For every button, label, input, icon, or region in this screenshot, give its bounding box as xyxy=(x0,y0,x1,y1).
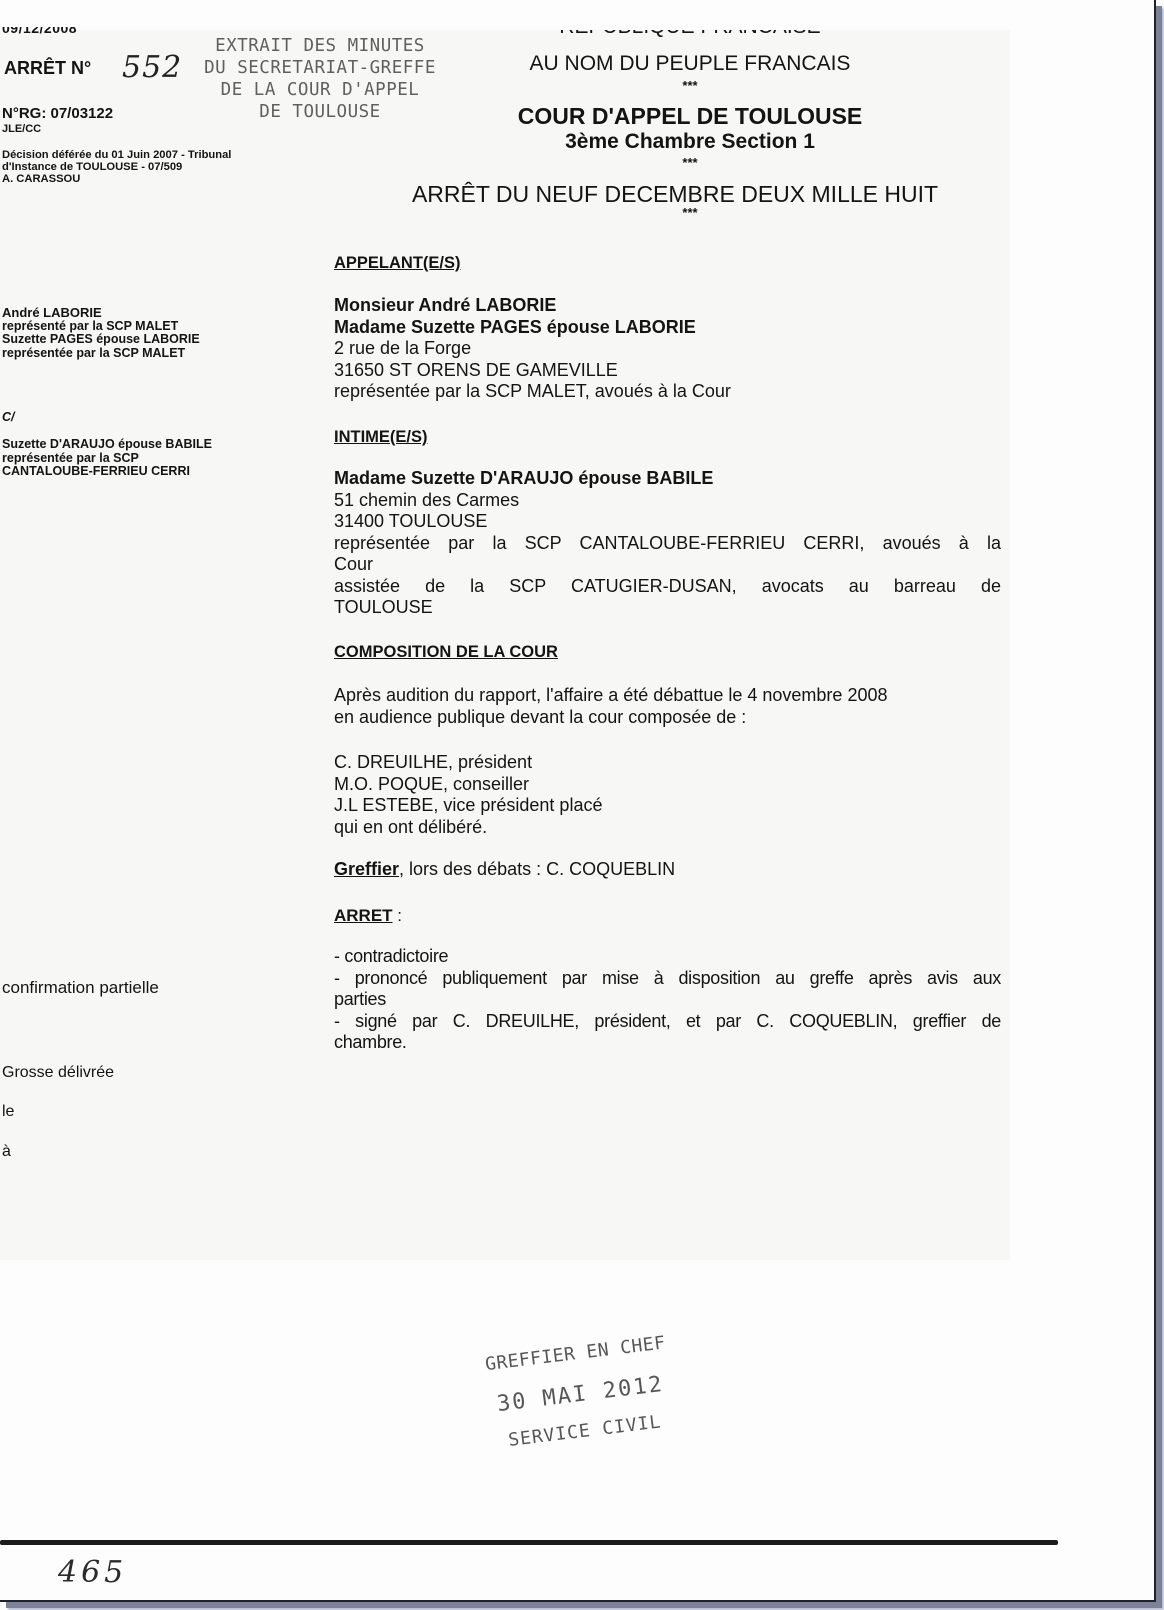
extrait-stamp: EXTRAIT DES MINUTES DU SECRETARIAT-GREFF… xyxy=(180,35,460,123)
footer-rule xyxy=(0,1540,1058,1545)
greffier-line: Greffier, lors des débats : C. COQUEBLIN xyxy=(334,859,675,881)
greffier-stamp: GREFFIER EN CHEF 30 MAI 2012 SERVICE CIV… xyxy=(455,1329,705,1457)
folio-number: 465 xyxy=(58,1555,127,1590)
arret-date-heading: ARRÊT DU NEUF DECEMBRE DEUX MILLE HUIT xyxy=(360,181,990,208)
appellants-summary: André LABORIE représenté par la SCP MALE… xyxy=(2,306,200,360)
grosse-date-label: le xyxy=(2,1103,14,1121)
document-page: 09/12/2008 ARRÊT N° 552 N°RG: 07/03122 J… xyxy=(0,0,1156,1602)
arret-number-label: ARRÊT N° xyxy=(4,58,91,79)
grosse-delivered: Grosse délivrée xyxy=(2,1064,114,1082)
intime-heading: INTIME(E/S) xyxy=(334,428,428,447)
arret-number-handwritten: 552 xyxy=(122,50,182,85)
separator: *** xyxy=(430,81,950,91)
greffier-label: Greffier xyxy=(334,859,399,879)
composition-heading: COMPOSITION DE LA COUR xyxy=(334,643,558,662)
separator: *** xyxy=(430,158,950,168)
judges-list: C. DREUILHE, président M.O. POQUE, conse… xyxy=(334,752,602,838)
document-date: 09/12/2008 xyxy=(2,27,77,38)
respondent-summary: Suzette D'ARAUJO épouse BABILE représent… xyxy=(2,438,212,479)
grosse-recipient-label: à xyxy=(2,1143,11,1161)
initials: JLE/CC xyxy=(2,123,41,135)
separator: *** xyxy=(430,208,950,218)
court-name: COUR D'APPEL DE TOULOUSE xyxy=(430,103,950,130)
composition-text: Après audition du rapport, l'affaire a é… xyxy=(334,685,887,728)
peuple-heading: AU NOM DU PEUPLE FRANCAIS xyxy=(430,52,950,76)
outcome: confirmation partielle xyxy=(2,978,159,998)
contra-marker: C/ xyxy=(2,410,15,424)
appelant-heading: APPELANT(E/S) xyxy=(334,254,461,273)
decision-referred: Décision déférée du 01 Juin 2007 - Tribu… xyxy=(2,149,231,185)
appelant-block: Monsieur André LABORIE Madame Suzette PA… xyxy=(334,295,731,403)
arret-heading: ARRET : xyxy=(334,905,402,927)
republique-heading: REPUBLIQUE FRANCAISE xyxy=(430,30,950,44)
rg-number: N°RG: 07/03122 xyxy=(2,105,113,122)
arret-items: - contradictoire - prononcé publiquement… xyxy=(334,946,1001,1054)
intime-block: Madame Suzette D'ARAUJO épouse BABILE 51… xyxy=(334,468,1001,619)
chamber: 3ème Chambre Section 1 xyxy=(430,130,950,154)
